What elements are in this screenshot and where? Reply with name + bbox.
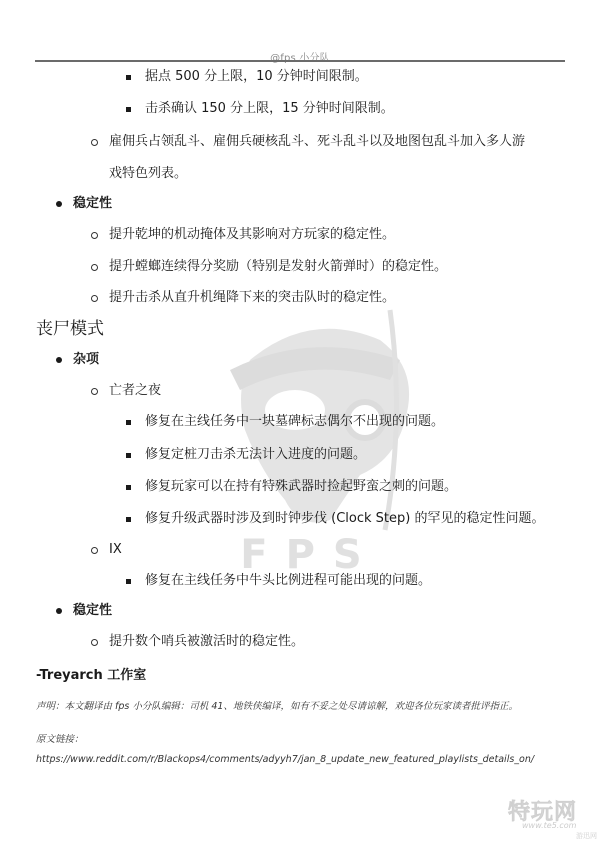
translation-disclaimer: 声明：本文翻译由 fps 小分队编辑：司机 41、地铁侠编译，如有不妥之处尽请谅…: [36, 698, 518, 712]
section-heading-misc: 杂项: [73, 351, 99, 369]
list-item-playlists: 雇佣兵占领乱斗、雇佣兵硬核乱斗、死斗乱斗以及地图包乱斗加入多人游: [109, 133, 525, 151]
section-heading-stability: 稳定性: [73, 195, 112, 213]
list-item: 修复升级武器时涉及到时钟步伐 (Clock Step) 的罕见的稳定性问题。: [145, 510, 544, 528]
map-name-ix: IX: [109, 541, 122, 559]
list-item: 据点 500 分上限，10 分钟时间限制。: [145, 68, 368, 86]
corner-url-text: www.te5.com: [522, 821, 576, 830]
header-divider: [35, 60, 565, 62]
studio-signature: -Treyarch 工作室: [36, 664, 146, 683]
list-item: 修复在主线任务中牛头比例进程可能出现的问题。: [145, 572, 431, 590]
map-name-dead-of-night: 亡者之夜: [109, 382, 161, 400]
section-heading-stability-zombies: 稳定性: [73, 602, 112, 620]
list-item: 修复在主线任务中一块墓碑标志偶尔不出现的问题。: [145, 413, 444, 431]
list-item-playlists-continued: 戏特色列表。: [109, 165, 187, 183]
corner-sub-text: 游迅网: [576, 831, 597, 841]
list-item: 提升螳螂连续得分奖励（特别是发射火箭弹时）的稳定性。: [109, 258, 447, 276]
fps-watermark-logo: FPS: [190, 300, 430, 580]
list-item: 击杀确认 150 分上限，15 分钟时间限制。: [145, 100, 394, 118]
te5-corner-logo: 特玩网 www.te5.com 游迅网: [500, 795, 600, 848]
source-link[interactable]: https://www.reddit.com/r/Blackops4/comme…: [36, 754, 534, 765]
section-title-zombies: 丧尸模式: [36, 318, 104, 340]
list-item: 修复玩家可以在持有特殊武器时捡起野蛮之刺的问题。: [145, 478, 457, 496]
list-item: 提升击杀从直升机绳降下来的突击队时的稳定性。: [109, 289, 395, 307]
list-item: 修复定桩刀击杀无法计入进度的问题。: [145, 446, 366, 464]
list-item: 提升数个哨兵被激活时的稳定性。: [109, 633, 304, 651]
list-item: 提升乾坤的机动掩体及其影响对方玩家的稳定性。: [109, 226, 395, 244]
source-label: 原文链接：: [36, 731, 84, 745]
